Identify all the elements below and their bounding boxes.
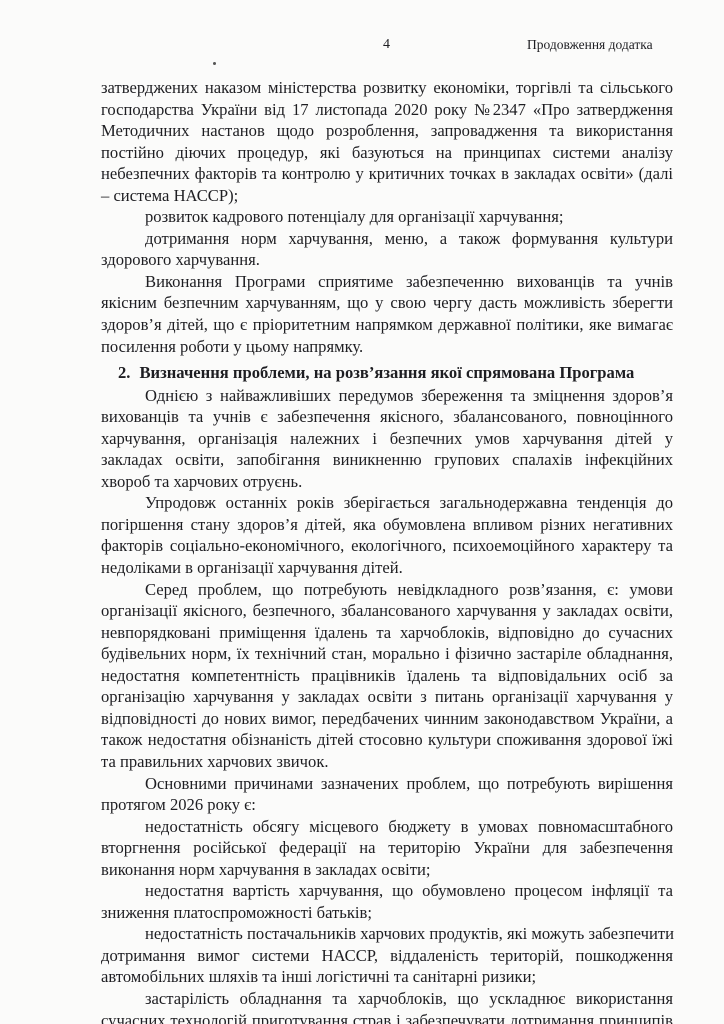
- continuation-label: Продовження додатка: [527, 37, 653, 53]
- text-line: Методичних настанов щодо розроблення, за…: [101, 120, 673, 142]
- text-line: розвиток кадрового потенціалу для органі…: [101, 206, 673, 228]
- page-number: 4: [383, 37, 390, 53]
- text-line: Однією з найважливіших передумов збереже…: [101, 385, 673, 407]
- text-line: протягом 2026 року є:: [101, 794, 673, 816]
- text-line: дотримання вимог системи НАССР, віддален…: [101, 945, 673, 967]
- text-line: Серед проблем, що потребують невідкладно…: [101, 579, 673, 601]
- section-title: Визначення проблеми, на розв’язання якої…: [139, 363, 634, 382]
- paragraph: недостатність постачальників харчових пр…: [101, 923, 673, 988]
- text-line: недостатність постачальників харчових пр…: [101, 923, 673, 945]
- text-line: недостатня вартість харчування, що обумо…: [101, 880, 673, 902]
- text-line: недоліками в організації харчування діте…: [101, 557, 673, 579]
- text-line: організацію харчування у закладах освіти…: [101, 686, 673, 708]
- text-line: вторгнення російської федерації на терит…: [101, 837, 673, 859]
- text-line: Виконання Програми сприятиме забезпеченн…: [101, 271, 673, 293]
- text-line: постійно діючих процедур, які базуються …: [101, 142, 673, 164]
- text-line: посилення роботи у цьому напрямку.: [101, 336, 673, 358]
- text-line: також недостатня обізнаність дітей стосо…: [101, 729, 673, 751]
- text-line: будівельних норм, їх технічний стан, мор…: [101, 643, 673, 665]
- text-line: недостатня компетентність працівників їд…: [101, 665, 673, 687]
- section-heading: 2.Визначення проблеми, на розв’язання як…: [101, 362, 673, 384]
- paragraph: Серед проблем, що потребують невідкладно…: [101, 579, 673, 773]
- paragraph: затверджених наказом міністерства розвит…: [101, 77, 673, 206]
- text-line: виконання норм харчування в закладах осв…: [101, 859, 673, 881]
- text-line: затверджених наказом міністерства розвит…: [101, 77, 673, 99]
- text-line: сучасних технологій приготування страв і…: [101, 1010, 673, 1024]
- paragraph: недостатня вартість харчування, що обумо…: [101, 880, 673, 923]
- paragraph: Основними причинами зазначених проблем, …: [101, 773, 673, 816]
- paragraph: недостатність обсягу місцевого бюджету в…: [101, 816, 673, 881]
- text-line: та правильних харчових звичок.: [101, 751, 673, 773]
- text-line: закладах освіти, запобігання виникненню …: [101, 449, 673, 471]
- text-line: відповідності до нових вимог, передбачен…: [101, 708, 673, 730]
- text-line: організації якісного, безпечного, збалан…: [101, 600, 673, 622]
- text-line: харчування, організація належних і безпе…: [101, 428, 673, 450]
- text-line: дотримання норм харчування, меню, а тако…: [101, 228, 673, 250]
- paragraph: Упродовж останніх років зберігається заг…: [101, 492, 673, 578]
- text-line: якісним безпечним харчуванням, що у свою…: [101, 292, 673, 314]
- text-line: Основними причинами зазначених проблем, …: [101, 773, 673, 795]
- text-line: здорового харчування.: [101, 249, 673, 271]
- section-number: 2.: [118, 363, 130, 382]
- text-line: небезпечних факторів та контролю у крити…: [101, 163, 673, 185]
- paragraph: Виконання Програми сприятиме забезпеченн…: [101, 271, 673, 357]
- text-line: зниження платоспроможності батьків;: [101, 902, 673, 924]
- text-line: вихованців та учнів є забезпечення якісн…: [101, 406, 673, 428]
- paragraph: Однією з найважливіших передумов збереже…: [101, 385, 673, 493]
- text-line: Упродовж останніх років зберігається заг…: [101, 492, 673, 514]
- text-line: факторів соціально-економічного, екологі…: [101, 535, 673, 557]
- text-line: господарства України від 17 листопада 20…: [101, 99, 673, 121]
- text-line: погіршення стану здоров’я дітей, яка обу…: [101, 514, 673, 536]
- document-body: затверджених наказом міністерства розвит…: [101, 77, 673, 1024]
- paragraph: розвиток кадрового потенціалу для органі…: [101, 206, 673, 228]
- text-line: хвороб та харчових отруєнь.: [101, 471, 673, 493]
- text-line: здоров’я дітей, що є пріоритетним напрям…: [101, 314, 673, 336]
- paragraph: дотримання норм харчування, меню, а тако…: [101, 228, 673, 271]
- paragraph: застарілість обладнання та харчоблоків, …: [101, 988, 673, 1024]
- scan-speck: [213, 62, 216, 65]
- text-line: – система НАССР);: [101, 185, 673, 207]
- text-line: невпорядковані приміщення їдалень та хар…: [101, 622, 673, 644]
- text-line: автомобільних шляхів та інші логістичні …: [101, 966, 673, 988]
- text-line: застарілість обладнання та харчоблоків, …: [101, 988, 673, 1010]
- text-line: недостатність обсягу місцевого бюджету в…: [101, 816, 673, 838]
